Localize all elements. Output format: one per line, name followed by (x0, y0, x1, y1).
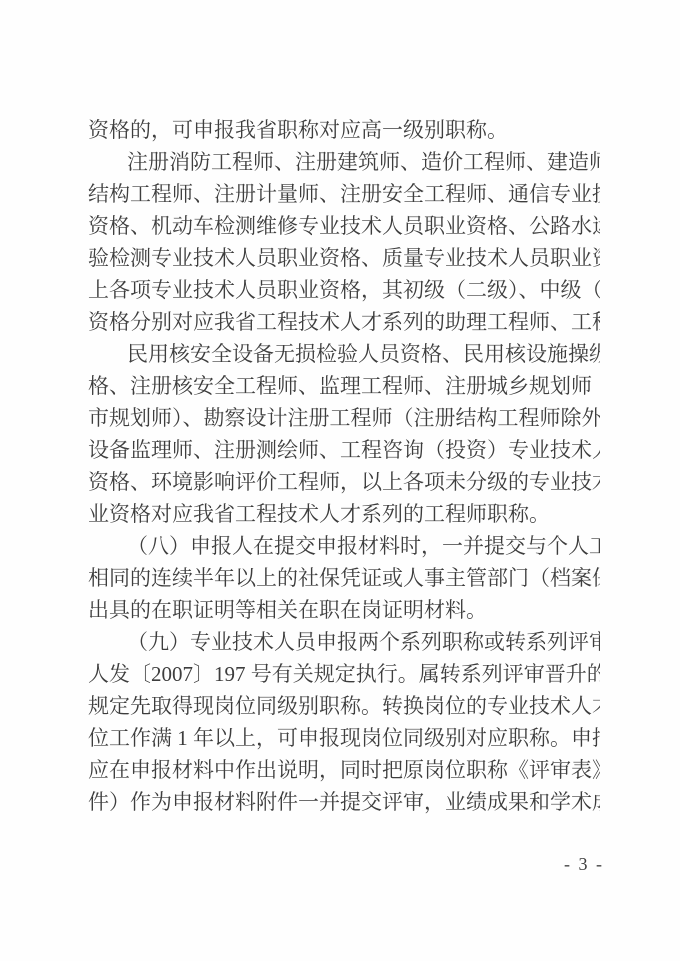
text-line: 验检测专业技术人员职业资格、质量专业技术人员职业资格，以 (88, 242, 600, 274)
text-line: 业资格对应我省工程技术人才系列的工程师职称。 (88, 498, 600, 530)
text-line: 相同的连续半年以上的社保凭证或人事主管部门（档案保管部门） (88, 562, 600, 594)
text-line: 资格、机动车检测维修专业技术人员职业资格、公路水运工程试 (88, 210, 600, 242)
text-line: 资格、环境影响评价工程师，以上各项未分级的专业技术人员职 (88, 466, 600, 498)
text-line: 出具的在职证明等相关在职在岗证明材料。 (88, 594, 600, 626)
text-line: 注册消防工程师、注册建筑师、造价工程师、建造师、注册 (88, 146, 600, 178)
text-line: 市规划师）、勘察设计注册工程师（注册结构工程师除外）、注册 (88, 402, 600, 434)
text-line: 件）作为申报材料附件一并提交评审，业绩成果和学术成果等条 (88, 786, 600, 818)
text-line: 规定先取得现岗位同级别职称。转换岗位的专业技术人才在现岗 (88, 690, 600, 722)
page-number: - 3 - (564, 852, 604, 876)
text-line: 民用核安全设备无损检验人员资格、民用核设施操纵人员资 (88, 338, 600, 370)
text-line: 人发〔2007〕197 号有关规定执行。属转系列评审晋升的，应按 (88, 658, 600, 690)
text-line: 资格分别对应我省工程技术人才系列的助理工程师、工程师职称。 (88, 306, 600, 338)
text-line: （九）专业技术人员申报两个系列职称或转系列评审，按粤 (88, 626, 600, 658)
text-line: 设备监理师、注册测绘师、工程咨询（投资）专业技术人员职业 (88, 434, 600, 466)
text-line: 结构工程师、注册计量师、注册安全工程师、通信专业技术人员 (88, 178, 600, 210)
text-line: 格、注册核安全工程师、监理工程师、注册城乡规划师（注册城 (88, 370, 600, 402)
text-line: 资格的，可申报我省职称对应高一级别职称。 (88, 114, 600, 146)
text-line: 位工作满 1 年以上，可申报现岗位同级别对应职称。申报评审时 (88, 722, 600, 754)
text-line: （八）申报人在提交申报材料时，一并提交与个人工作经历 (88, 530, 600, 562)
document-page: 资格的，可申报我省职称对应高一级别职称。注册消防工程师、注册建筑师、造价工程师、… (0, 0, 680, 961)
document-body: 资格的，可申报我省职称对应高一级别职称。注册消防工程师、注册建筑师、造价工程师、… (88, 114, 600, 818)
text-line: 上各项专业技术人员职业资格，其初级（二级）、中级（一级） (88, 274, 600, 306)
text-line: 应在申报材料中作出说明，同时把原岗位职称《评审表》（复印 (88, 754, 600, 786)
